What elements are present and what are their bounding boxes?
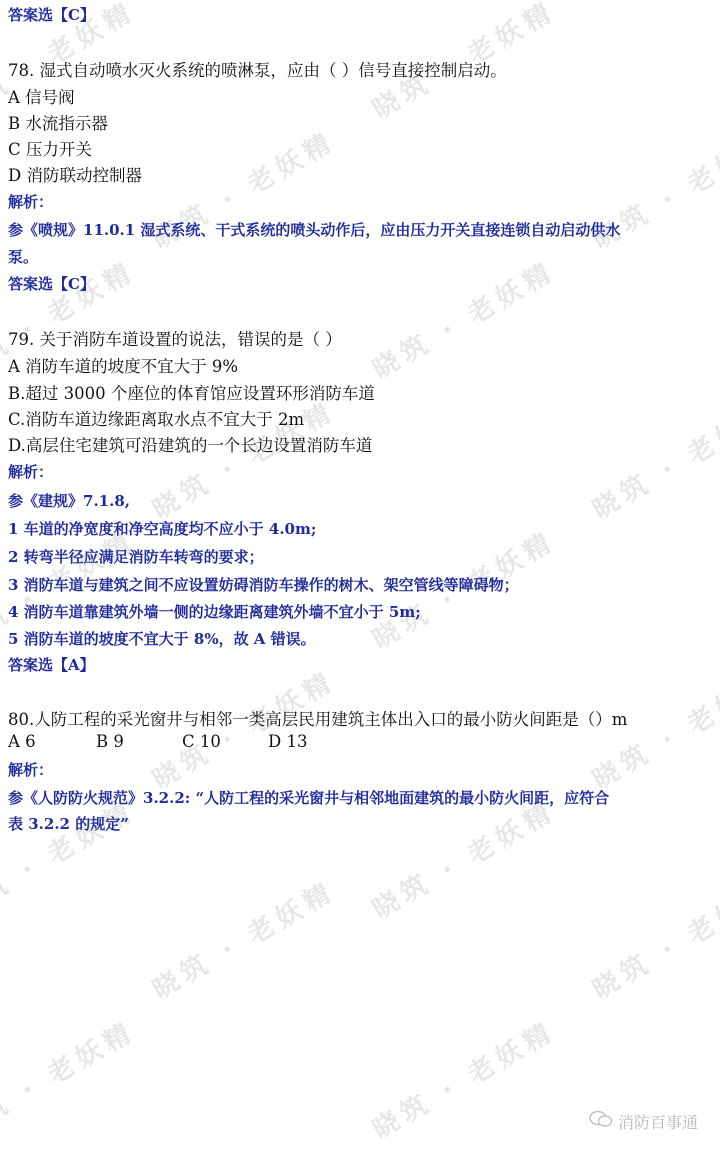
- watermark: 晓筑 · 老妖精: [365, 1011, 562, 1146]
- watermark: 晓筑 · 老妖精: [0, 1011, 141, 1146]
- options-row: A 6B 9C 10D 13: [8, 732, 307, 751]
- analysis-line: 2 转弯半径应满足消防车转弯的要求；: [8, 546, 264, 567]
- analysis-line: 1 车道的净宽度和净空高度均不应小于 4.0m;: [8, 518, 316, 539]
- answer-line: 答案选【C】: [8, 273, 95, 294]
- watermark: 晓筑 · 老妖精: [145, 871, 342, 1006]
- analysis-line: 参《人防防火规范》3.2.2: “人防工程的采光窗井与相邻地面建筑的最小防火间距…: [8, 787, 609, 808]
- footer-label: 消防百事通: [618, 1110, 698, 1133]
- option: B 水流指示器: [8, 110, 108, 134]
- option: B 9: [96, 732, 182, 751]
- analysis-line: 4 消防车道靠建筑外墙一侧的边缘距离建筑外墙不宜小于 5m;: [8, 601, 421, 622]
- analysis-line: 3 消防车道与建筑之间不应设置妨碍消防车操作的树木、架空管线等障碍物；: [8, 574, 519, 595]
- option: A 消防车道的坡度不宜大于 9%: [8, 353, 238, 377]
- answer-line: 答案选【A】: [8, 654, 95, 675]
- watermark: 晓筑 · 老妖精: [585, 391, 720, 526]
- option: D 13: [268, 732, 307, 751]
- option: D.高层住宅建筑可沿建筑的一个长边设置消防车道: [8, 432, 372, 456]
- analysis-line: 参《喷规》11.0.1 湿式系统、干式系统的喷头动作后，应由压力开关直接连锁自动…: [8, 219, 620, 240]
- analysis-line: 泵。: [8, 246, 38, 267]
- source-footer: 消防百事通: [588, 1109, 698, 1133]
- watermark: 晓筑 · 老妖精: [365, 791, 562, 926]
- option: A 6: [8, 732, 96, 751]
- watermark: 晓筑 · 老妖精: [365, 251, 562, 386]
- question-78-stem: 78. 湿式自动喷水灭火系统的喷淋泵，应由（ ）信号直接控制启动。: [8, 57, 507, 81]
- question-79-stem: 79. 关于消防车道设置的说法，错误的是（ ）: [8, 326, 342, 350]
- watermark: 晓筑 · 老妖精: [0, 791, 141, 926]
- option: B.超过 3000 个座位的体育馆应设置环形消防车道: [8, 380, 375, 404]
- option: C 10: [182, 732, 268, 751]
- question-80-stem: 80.人防工程的采光窗井与相邻一类高层民用建筑主体出入口的最小防火间距是（）m: [8, 706, 627, 730]
- option: A 信号阀: [8, 84, 75, 108]
- analysis-label: 解析：: [8, 191, 53, 212]
- option: C 压力开关: [8, 136, 92, 160]
- analysis-label: 解析：: [8, 461, 53, 482]
- analysis-label: 解析：: [8, 759, 53, 780]
- wechat-icon: [588, 1109, 614, 1133]
- option: D 消防联动控制器: [8, 162, 142, 186]
- analysis-line: 参《建规》7.1.8,: [8, 490, 130, 511]
- analysis-line: 表 3.2.2 的规定”: [8, 813, 129, 834]
- option: C.消防车道边缘距离取水点不宜大于 2m: [8, 406, 304, 430]
- analysis-line: 5 消防车道的坡度不宜大于 8%，故 A 错误。: [8, 628, 316, 649]
- answer-line: 答案选【C】: [8, 4, 95, 25]
- watermark: 晓筑 · 老妖精: [585, 871, 720, 1006]
